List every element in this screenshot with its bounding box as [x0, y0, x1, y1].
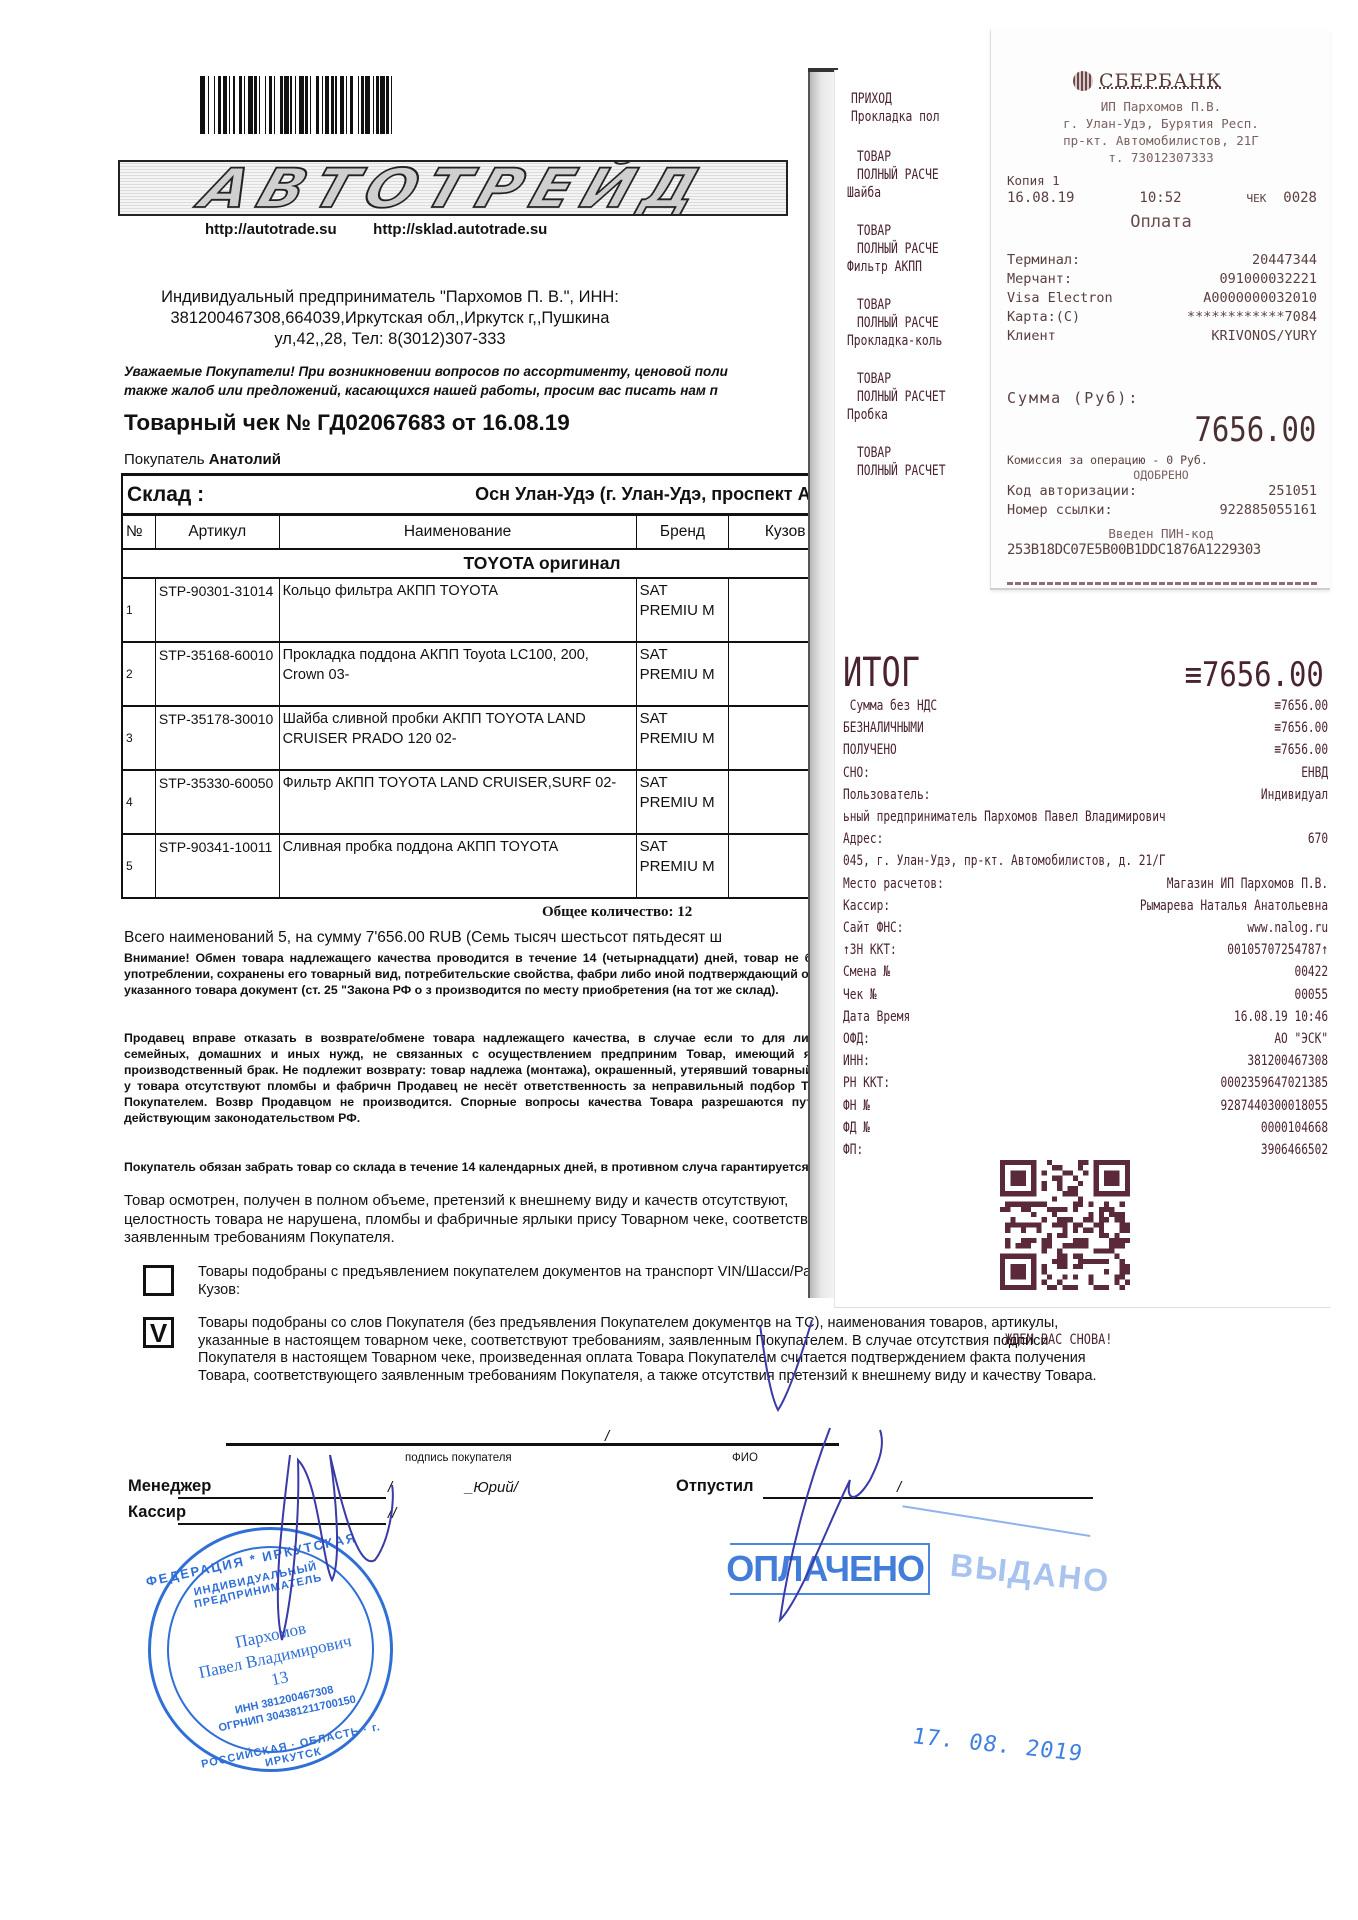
header-article: Артикул	[156, 516, 280, 548]
fiscal-item-payment: ПОЛНЫЙ РАСЧЕ	[857, 240, 939, 258]
exchange-notice: Внимание! Обмен товара надлежащего качес…	[124, 950, 844, 1020]
bank-logo: СБЕРБАНК	[1073, 70, 1222, 92]
slip-row: Мерчант:091000032221	[1007, 271, 1317, 288]
row-name: Фильтр АКПП TOYOTA LAND CRUISER,SURF 02-	[280, 771, 637, 833]
row-number: 2	[123, 643, 156, 705]
header-brand: Бренд	[637, 516, 730, 548]
buyer-fio-line[interactable]	[539, 1443, 839, 1446]
table-row: 2STP-35168-60010Прокладка поддона АКПП T…	[123, 643, 841, 707]
row-name: Кольцо фильтра АКПП TOYOTA	[280, 579, 637, 641]
fiscal-row: Адрес:670	[843, 828, 1328, 850]
fiscal-row-label: ОФД:	[843, 1028, 870, 1050]
fiscal-row-value: 16.08.19 10:46	[1234, 1006, 1328, 1028]
fiscal-row-value: 00055	[1294, 984, 1328, 1006]
fiscal-row: ПОЛУЧЕНО≡7656.00	[843, 739, 1328, 761]
fiscal-row: РН ККТ:0002359647021385	[843, 1072, 1328, 1094]
slip-row: КлиентKRIVONOS/YURY	[1007, 328, 1317, 345]
fiscal-item-name: Шайба	[847, 184, 881, 202]
buyer-label: Покупатель	[124, 451, 205, 468]
manager-name: _Юрий/	[465, 1479, 518, 1496]
fiscal-row-value: Рымарева Наталья Анатольевна	[1140, 895, 1328, 917]
copy-value: 1	[1052, 173, 1060, 188]
operation-type: Оплата	[991, 214, 1331, 231]
fiscal-item-type: ТОВАР	[857, 148, 891, 166]
fiscal-row-value: 0000104668	[1261, 1117, 1328, 1139]
slip-sum: 7656.00	[1194, 410, 1316, 450]
fiscal-row-label: СНО:	[843, 762, 870, 784]
fiscal-row-label: Место расчетов:	[843, 873, 944, 895]
row-name: Сливная пробка поддона АКПП TOYOTA	[280, 835, 637, 897]
bank-name: СБЕРБАНК	[1099, 70, 1222, 92]
fiscal-row-label: РН ККТ:	[843, 1072, 890, 1094]
fiscal-row-value: Магазин ИП Пархомов П.В.	[1167, 873, 1328, 895]
fiscal-operation-type: ПРИХОД	[851, 90, 892, 108]
slip-row-value: A0000000032010	[1203, 290, 1317, 307]
slip-row-label: Код авторизации:	[1007, 483, 1137, 500]
slip-row-value: KRIVONOS/YURY	[1211, 328, 1317, 345]
paid-stamp: ОПЛАЧЕНО	[730, 1543, 930, 1595]
merchant-line: т. 73012307333	[991, 149, 1331, 166]
fiscal-row-label: ИНН:	[843, 1050, 870, 1072]
fiscal-item-payment: ПОЛНЫЙ РАСЧЕ	[857, 166, 939, 184]
fiscal-row-label: БЕЗНАЛИЧНЫМИ	[843, 717, 924, 739]
fiscal-row-label: ПОЛУЧЕНО	[843, 739, 897, 761]
slip-row-label: Терминал:	[1007, 252, 1080, 269]
fiscal-row: СНО:ЕНВД	[843, 762, 1328, 784]
slip-row-value: 091000032221	[1219, 271, 1317, 288]
row-brand: SAT PREMIU M	[637, 579, 730, 641]
fiscal-row-label: ФП:	[843, 1139, 863, 1161]
merchant-line: г. Улан-Удэ, Бурятия Респ.	[991, 115, 1331, 132]
merchant-info: ИП Пархомов П.В. г. Улан-Удэ, Бурятия Ре…	[991, 98, 1331, 166]
copy-label: Копия	[1007, 173, 1045, 188]
inspection-statement: Товар осмотрен, получен в полном объеме,…	[124, 1192, 844, 1250]
fiscal-item-name: Фильтр АКПП	[847, 258, 922, 276]
fiscal-row-label: 045, г. Улан-Удэ, пр-кт. Автомобилистов,…	[843, 850, 1166, 872]
fiscal-total-label: ИТОГ	[843, 650, 920, 696]
row-number: 4	[123, 771, 156, 833]
approved-status: ОДОБРЕНО	[991, 467, 1331, 484]
fiscal-footer: ЖДЕМ ВАС СНОВА!	[1005, 1332, 1112, 1348]
date-row: 16.08.19 10:52 ЧЕК 0028	[1007, 190, 1317, 207]
copy-row: Копия 1	[1007, 172, 1317, 189]
row-article: STP-90301-31014	[156, 579, 280, 641]
sum-line: Всего наименований 5, на сумму 7'656.00 …	[124, 929, 844, 947]
fiscal-row: Сайт ФНС:www.nalog.ru	[843, 917, 1328, 939]
fiscal-row-label: Дата Время	[843, 1006, 910, 1028]
fiscal-item-name: Пробка	[847, 406, 888, 424]
fiscal-row-value: 3906466502	[1261, 1139, 1328, 1161]
row-number: 3	[123, 707, 156, 769]
pickup-terms: Покупатель обязан забрать товар со склад…	[124, 1159, 844, 1193]
buyer-words-text: Товары подобраны со слов Покупателя (без…	[198, 1315, 1118, 1385]
fiscal-row-label: ↑ЗН ККТ:	[843, 939, 897, 961]
merchant-line: пр-кт. Автомобилистов, 21Г	[991, 132, 1331, 149]
slip-row-value: 20447344	[1252, 252, 1317, 269]
fiscal-item-name: Прокладка пол	[851, 108, 940, 126]
slip-row: Карта:(C)************7084	[1007, 309, 1317, 326]
fiscal-row-value: 9287440300018055	[1221, 1095, 1329, 1117]
slip-row-value: ************7084	[1187, 309, 1317, 326]
row-brand: SAT PREMIU M	[637, 707, 730, 769]
table-row: 3STP-35178-30010Шайба сливной пробки АКП…	[123, 707, 841, 771]
cashier-signature-line[interactable]	[178, 1523, 386, 1525]
slip-row: Терминал:20447344	[1007, 252, 1317, 269]
fiscal-row-label: Чек №	[843, 984, 877, 1006]
row-article: STP-35178-30010	[156, 707, 280, 769]
manager-slash: /	[388, 1479, 392, 1496]
row-number: 1	[123, 579, 156, 641]
seller-info: Индивидуальный предприниматель "Пархомов…	[110, 287, 670, 350]
slip-row-label: Карта:(C)	[1007, 309, 1080, 326]
fiscal-item-payment: ПОЛНЫЙ РАСЧЕТ	[857, 462, 946, 480]
row-number: 5	[123, 835, 156, 897]
total-quantity: Общее количество: 12	[542, 904, 692, 921]
warehouse-label: Склад :	[123, 483, 383, 507]
slip-row: Номер ссылки:922885055161	[1007, 502, 1317, 519]
slip-row-value: 922885055161	[1219, 502, 1317, 519]
fiscal-item-payment: ПОЛНЫЙ РАСЧЕТ	[857, 388, 946, 406]
sberbank-logo-icon	[1073, 71, 1093, 91]
qr-code-icon	[1000, 1160, 1130, 1290]
pin-entered: Введен ПИН-код	[991, 525, 1331, 542]
slip-row: Visa ElectronA0000000032010	[1007, 290, 1317, 307]
fiscal-item-payment: ПОЛНЫЙ РАСЧЕ	[857, 314, 939, 332]
check-mark-icon: V	[150, 1320, 167, 1346]
fiscal-row: Дата Время16.08.19 10:46	[843, 1006, 1328, 1028]
released-signature-line[interactable]	[763, 1497, 1093, 1499]
table-header: № Артикул Наименование Бренд Кузов	[123, 516, 841, 550]
fiscal-row: ФП:3906466502	[843, 1139, 1328, 1161]
fiscal-row-label: Сайт ФНС:	[843, 917, 904, 939]
fiscal-item-name: Прокладка-коль	[847, 332, 942, 350]
row-brand: SAT PREMIU M	[637, 771, 730, 833]
table-row: 5STP-90341-10011Сливная пробка поддона А…	[123, 835, 841, 899]
fiscal-row-value: 670	[1308, 828, 1328, 850]
fiscal-row-value: 00105707254787↑	[1227, 939, 1328, 961]
row-article: STP-90341-10011	[156, 835, 280, 897]
fiscal-row-label: Пользователь:	[843, 784, 930, 806]
header-no: №	[123, 516, 156, 548]
fiscal-item-type: ТОВАР	[857, 296, 891, 314]
row-brand: SAT PREMIU M	[637, 643, 730, 705]
buyer-sign-label: подпись покупателя	[405, 1452, 512, 1464]
row-name: Шайба сливной пробки АКПП TOYOTA LAND CR…	[280, 707, 637, 769]
fiscal-row: ФН №9287440300018055	[843, 1095, 1328, 1117]
merchant-line: ИП Пархомов П.В.	[991, 98, 1331, 115]
hash-row: 253B18DC07E5B00B1DDC1876A1229303	[1007, 542, 1317, 559]
company-urls: http://autotrade.su http://sklad.autotra…	[205, 221, 547, 238]
goods-table: Склад : Осн Улан-Удэ (г. Улан-Удэ, просп…	[121, 473, 841, 899]
fiscal-row: ФД №0000104668	[843, 1117, 1328, 1139]
fiscal-row: Смена №00422	[843, 961, 1328, 983]
sum-label-row: Сумма (Руб):	[1007, 390, 1317, 407]
barcode	[200, 76, 530, 134]
fiscal-item-type: ТОВАР	[857, 370, 891, 388]
fiscal-row-value: ≡7656.00	[1274, 695, 1328, 717]
seller-line: 381200467308,664039,Иркутская обл,,Иркут…	[110, 308, 670, 329]
warehouse-value: Осн Улан-Удэ (г. Улан-Удэ, проспект Авто	[383, 484, 841, 505]
sum-label: Сумма (Руб):	[1007, 390, 1139, 407]
manager-signature-line[interactable]	[178, 1497, 386, 1499]
fiscal-row: БЕЗНАЛИЧНЫМИ≡7656.00	[843, 717, 1328, 739]
notice-line: также жалоб или предложений, касающихся …	[124, 381, 844, 400]
fiscal-total-value: ≡7656.00	[1185, 655, 1324, 695]
fiscal-row: ИНН:381200467308	[843, 1050, 1328, 1072]
fiscal-row-value: ≡7656.00	[1274, 717, 1328, 739]
fiscal-row-label: Смена №	[843, 961, 890, 983]
documents-presented-checkbox[interactable]	[143, 1265, 174, 1296]
refusal-terms: Продавец вправе отказать в возврате/обме…	[124, 1030, 844, 1148]
fiscal-row: Сумма без НДС≡7656.00	[843, 695, 1328, 717]
fiscal-row-label: ФН №	[843, 1095, 870, 1117]
warehouse-row: Склад : Осн Улан-Удэ (г. Улан-Удэ, просп…	[123, 476, 841, 516]
slip-separator	[1007, 582, 1317, 585]
bank-card-slip: СБЕРБАНК ИП Пархомов П.В. г. Улан-Удэ, Б…	[990, 30, 1330, 590]
slip-date: 16.08.19	[1007, 190, 1074, 207]
buyer-name: Анатолий	[209, 451, 281, 468]
fiscal-row-label: ьный предприниматель Пархомов Павел Влад…	[843, 806, 1166, 828]
buyer-words-checkbox[interactable]: V	[143, 1317, 174, 1348]
seller-line: ул,42,,28, Тел: 8(3012)307-333	[110, 329, 670, 350]
fiscal-row-label: Сумма без НДС	[843, 695, 937, 717]
seller-line: Индивидуальный предприниматель "Пархомов…	[110, 287, 670, 308]
customer-notice: Уважаемые Покупатели! При возникновении …	[124, 362, 844, 400]
fiscal-row-value: 0002359647021385	[1221, 1072, 1329, 1094]
slip-row: Код авторизации:251051	[1007, 483, 1317, 500]
released-slash: /	[897, 1479, 901, 1496]
fiscal-row: ↑ЗН ККТ:00105707254787↑	[843, 939, 1328, 961]
fio-label: ФИО	[732, 1452, 758, 1464]
fiscal-row-value: 381200467308	[1247, 1050, 1328, 1072]
slip-time: 10:52	[1139, 190, 1181, 207]
table-row: 1STP-90301-31014Кольцо фильтра АКПП TOYO…	[123, 579, 841, 643]
transaction-hash: 253B18DC07E5B00B1DDC1876A1229303	[1007, 542, 1261, 559]
slip-row-label: Клиент	[1007, 328, 1056, 345]
fiscal-row-value: 00422	[1294, 961, 1328, 983]
fiscal-row: Пользователь:Индивидуал	[843, 784, 1328, 806]
fiscal-row-label: Кассир:	[843, 895, 890, 917]
header-name: Наименование	[280, 516, 637, 548]
fiscal-row-value: ≡7656.00	[1274, 739, 1328, 761]
group-row: TOYOTA оригинал	[123, 550, 841, 579]
receipt-title: Товарный чек № ГД02067683 от 16.08.19	[124, 410, 570, 436]
buyer: Покупатель Анатолий	[124, 451, 281, 468]
row-brand: SAT PREMIU M	[637, 835, 730, 897]
slip-row-label: Мерчант:	[1007, 271, 1072, 288]
check-number: 0028	[1283, 190, 1317, 206]
manager-label: Менеджер	[128, 1477, 211, 1496]
fiscal-row: ьный предприниматель Пархомов Павел Влад…	[843, 806, 1328, 828]
row-article: STP-35168-60010	[156, 643, 280, 705]
fiscal-row: ОФД:АО "ЭСК"	[843, 1028, 1328, 1050]
fiscal-row-value: ЕНВД	[1301, 762, 1328, 784]
check-label: ЧЕК	[1247, 192, 1267, 205]
fiscal-row: 045, г. Улан-Удэ, пр-кт. Автомобилистов,…	[843, 850, 1328, 872]
cashier-label: Кассир	[128, 1503, 186, 1522]
fiscal-row-label: ФД №	[843, 1117, 870, 1139]
fiscal-row: Место расчетов:Магазин ИП Пархомов П.В.	[843, 873, 1328, 895]
released-label: Отпустил	[676, 1477, 754, 1496]
fiscal-item-type: ТОВАР	[857, 444, 891, 462]
company-logo: АВТОТРЕЙД	[118, 160, 788, 216]
documents-presented-text: Товары подобраны с предъявлением покупат…	[198, 1264, 838, 1299]
slip-row-label: Номер ссылки:	[1007, 502, 1113, 519]
buyer-signature-line[interactable]	[226, 1443, 539, 1446]
slip-row-label: Visa Electron	[1007, 290, 1113, 307]
fiscal-row: Чек №00055	[843, 984, 1328, 1006]
fiscal-row-value: Индивидуал	[1261, 784, 1328, 806]
fiscal-row-label: Адрес:	[843, 828, 883, 850]
fiscal-item-type: ТОВАР	[857, 222, 891, 240]
table-row: 4STP-35330-60050Фильтр АКПП TOYOTA LAND …	[123, 771, 841, 835]
fiscal-row-value: www.nalog.ru	[1247, 917, 1328, 939]
fiscal-row: Кассир:Рымарева Наталья Анатольевна	[843, 895, 1328, 917]
row-name: Прокладка поддона АКПП Toyota LC100, 200…	[280, 643, 637, 705]
fiscal-row-value: АО "ЭСК"	[1274, 1028, 1328, 1050]
row-article: STP-35330-60050	[156, 771, 280, 833]
notice-line: Уважаемые Покупатели! При возникновении …	[124, 362, 844, 381]
slip-row-value: 251051	[1268, 483, 1317, 500]
cashier-slash: //	[388, 1505, 396, 1522]
logo-text: АВТОТРЕЙД	[120, 160, 788, 216]
